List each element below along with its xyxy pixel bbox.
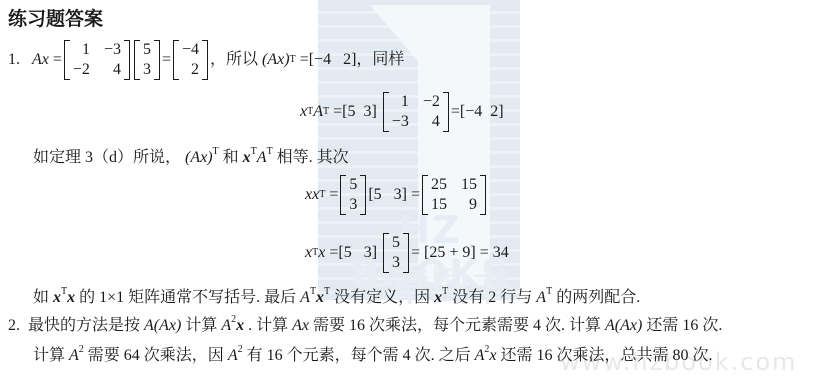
item2-line2: 计算 A2 需要 64 次乘法，因 A2 有 16 个元素，每个需 4 次. 之… bbox=[33, 346, 713, 366]
vector-x: 53 bbox=[134, 40, 160, 80]
item1-number: 1. bbox=[8, 50, 20, 70]
eq1-lhs: Ax bbox=[32, 50, 49, 70]
item1-eq4: xTx = [5 3] 53 = [25 + 9] = 34 bbox=[305, 233, 509, 273]
eq1-rowvec: [−4 2] bbox=[309, 50, 357, 70]
item1-text2: 如 xTx 的 1×1 矩阵通常不写括号. 最后 ATxT 没有定义，因 xT … bbox=[33, 288, 640, 308]
item1-eq3: xxT = 53 [5 3] = 2515 159 bbox=[305, 175, 488, 215]
matrix-xxT: 2515 159 bbox=[422, 175, 486, 215]
eq1-AxT: (Ax) bbox=[262, 50, 290, 70]
item2-line1: 2. 最快的方法是按 A(Ax) 计算 A2x . 计算 Ax 需要 16 次乘… bbox=[8, 316, 722, 336]
section-title: 练习题答案 bbox=[8, 4, 103, 31]
item1-eq1: 1. Ax = 1−3 −24 53 = −42 ，所以 (Ax)T = [−4… bbox=[8, 40, 404, 80]
matrix-AT: 1−2 −34 bbox=[383, 92, 449, 132]
vector-Ax: −42 bbox=[173, 40, 208, 80]
item1-eq2: xTAT = [5 3] 1−2 −34 =[−4 2] bbox=[300, 92, 504, 132]
eq1-text-b: ，同样 bbox=[356, 50, 404, 70]
eq1-text-a: ，所以 bbox=[210, 50, 258, 70]
matrix-A: 1−3 −24 bbox=[64, 40, 130, 80]
item1-text1: 如定理 3（d）所说， (Ax)T 和 xTAT 相等. 其次 bbox=[33, 148, 349, 168]
